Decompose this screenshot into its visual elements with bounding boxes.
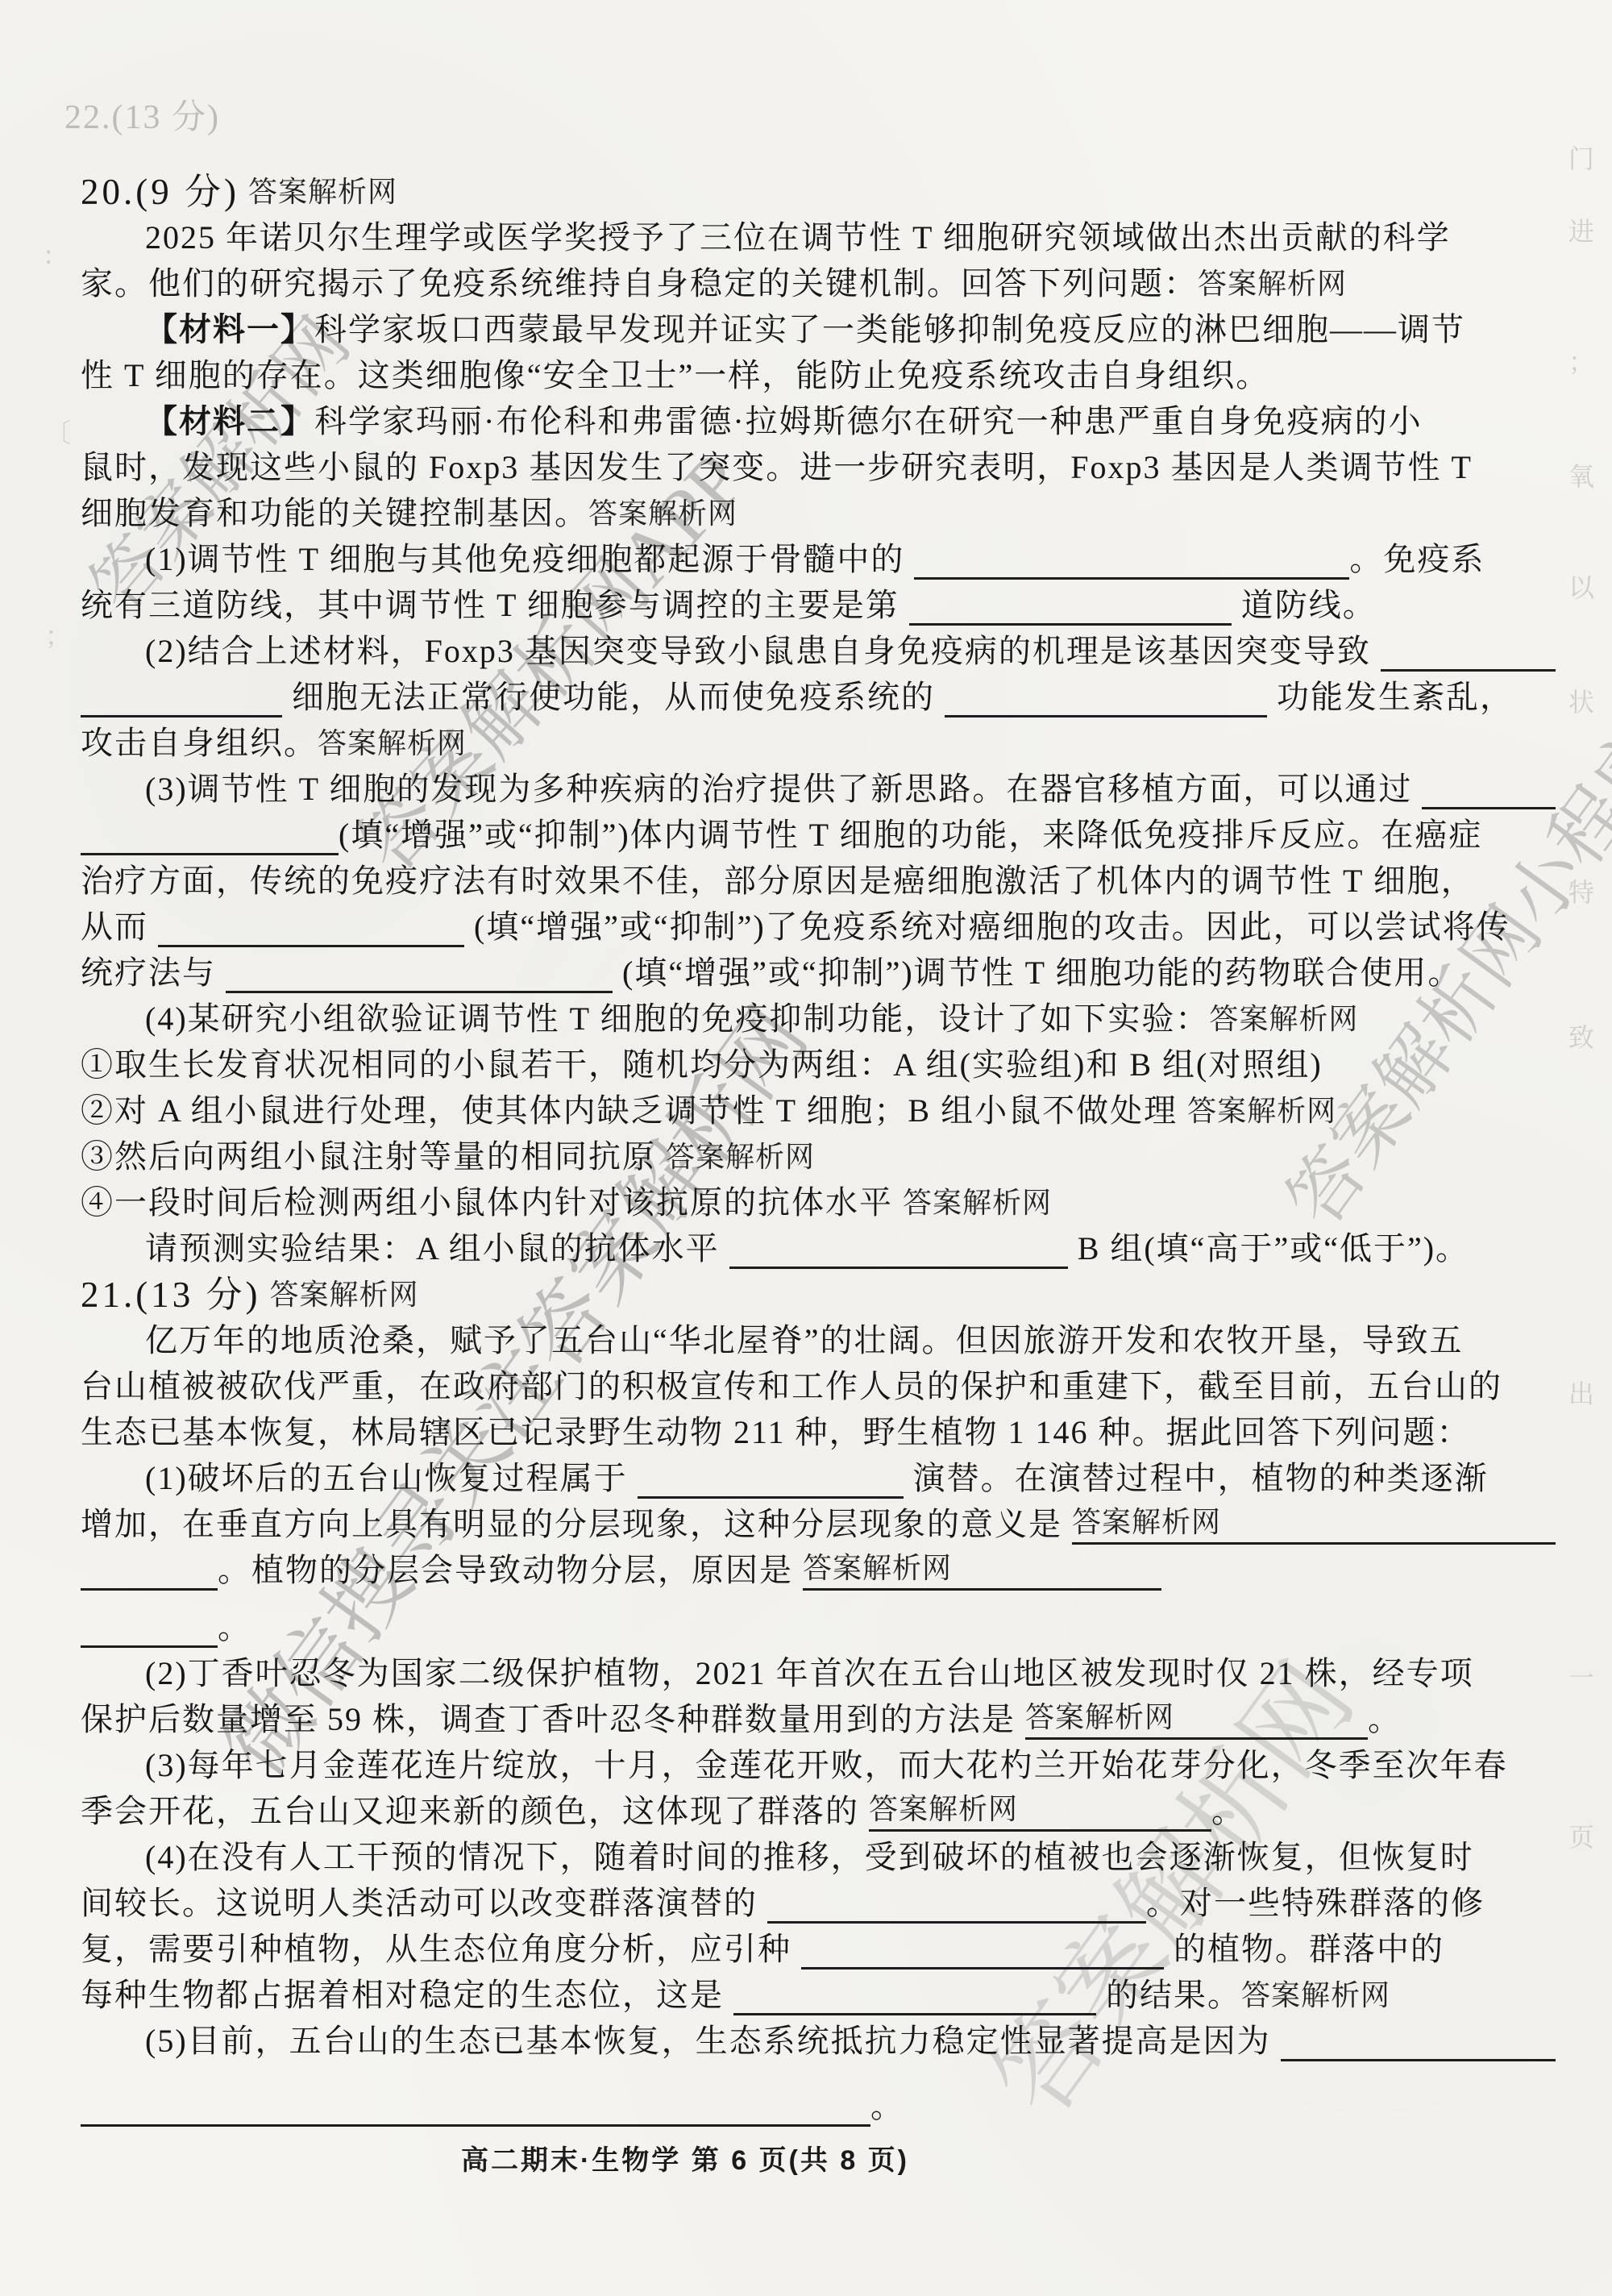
answer-site-watermark: 答案解析网 (1187, 1091, 1336, 1131)
text-run: (1)破坏后的五台山恢复过程属于 (145, 1458, 638, 1499)
text-line: 统疗法与 (填“增强”或“抑制”)调节性 T 细胞功能的药物联合使用。 (81, 947, 1556, 993)
text-run: 的结果。 (1096, 1975, 1241, 2015)
text-line: (2)结合上述材料，Foxp3 基因突变导致小鼠患自身免疫病的机理是该基因突变导… (81, 626, 1556, 672)
text-run: 。对一些特殊群落的修 (1146, 1883, 1485, 1924)
text-line: (填“增强”或“抑制”)体内调节性 T 细胞的功能，来降低免疫排斥反应。在癌症 (81, 809, 1556, 855)
text-line: ④一段时间后检测两组小鼠体内针对该抗原的抗体水平 答案解析网 (81, 1177, 1556, 1223)
text-run: (4)在没有人工干预的情况下，随着时间的推移，受到破坏的植被也会逐渐恢复，但恢复… (145, 1837, 1474, 1878)
text-run: 生态已基本恢复，林局辖区已记录野生动物 211 种，野生植物 1 146 种。据… (81, 1412, 1471, 1453)
text-line: 亿万年的地质沧桑，赋予了五台山“华北屋脊”的壮阔。但因旅游开发和农牧开垦，导致五 (81, 1315, 1556, 1361)
answer-blank: 答案解析网 (1072, 1505, 1556, 1545)
answer-blank (729, 1234, 1068, 1269)
answer-blank (81, 1613, 218, 1648)
answer-site-watermark: 答案解析网 (1241, 1975, 1390, 2015)
text-line: 鼠时，发现这些小鼠的 Foxp3 基因发生了突变。进一步研究表明，Foxp3 基… (81, 442, 1556, 488)
text-run: 家。他们的研究揭示了免疫系统维持自身稳定的关键机制。回答下列问题： (81, 264, 1198, 304)
answer-blank (638, 1464, 904, 1499)
text-run: 台山植被被砍伐严重，在政府部门的积极宣传和工作人员的保护和重建下，截至目前，五台… (81, 1366, 1502, 1407)
bleedthrough-glyph: ； (45, 616, 73, 653)
text-run: 【材料二】 (145, 401, 314, 442)
text-run: 增加，在垂直方向上具有明显的分层现象，这种分层现象的意义是 (81, 1504, 1072, 1545)
text-run: 的植物。群落中的 (1164, 1929, 1444, 1969)
bleedthrough-glyph: 出 (1568, 1374, 1596, 1411)
answer-blank (1381, 637, 1556, 672)
answer-site-watermark: 答案解析网 (1209, 999, 1358, 1039)
text-run: 鼠时，发现这些小鼠的 Foxp3 基因发生了突变。进一步研究表明，Foxp3 基… (81, 447, 1473, 488)
answer-blank (914, 545, 1349, 580)
answer-blank: 答案解析网 (869, 1792, 1211, 1832)
text-run: 科学家玛丽·布伦科和弗雷德·拉姆斯德尔在研究一种患严重自身免疫病的小 (314, 401, 1423, 442)
exam-body: 20.(9 分) 答案解析网2025 年诺贝尔生理学或医学奖授予了三位在调节性 … (81, 166, 1556, 2127)
text-run: (3)调节性 T 细胞的发现为多种疾病的治疗提供了新思路。在器官移植方面，可以通… (145, 769, 1422, 809)
text-line: 细胞无法正常行使功能，从而使免疫系统的 功能发生紊乱， (81, 672, 1556, 717)
text-line: 每种生物都占据着相对稳定的生态位，这是 的结果。答案解析网 (81, 1969, 1556, 2015)
bleedthrough-glyph: 〔 (45, 413, 73, 450)
text-line: 统有三道防线，其中调节性 T 细胞参与调控的主要是第 道防线。 (81, 580, 1556, 626)
text-line: (4)在没有人工干预的情况下，随着时间的推移，受到破坏的植被也会逐渐恢复，但恢复… (81, 1832, 1556, 1878)
text-run: 2025 年诺贝尔生理学或医学奖授予了三位在调节性 T 细胞研究领域做出杰出贡献… (145, 218, 1451, 258)
text-line: 复，需要引种植物，从生态位角度分析，应引种 的植物。群落中的 (81, 1924, 1556, 1969)
text-run: 科学家坂口西蒙最早发现并证实了一类能够抑制免疫反应的淋巴细胞——调节 (314, 310, 1465, 350)
text-run: (1)调节性 T 细胞与其他免疫细胞都起源于骨髓中的 (145, 539, 914, 580)
text-run: 复，需要引种植物，从生态位角度分析，应引种 (81, 1929, 801, 1969)
text-line: 20.(9 分) 答案解析网 (81, 166, 1556, 212)
text-run: 。 (870, 2086, 904, 2127)
answer-blank (801, 1935, 1164, 1969)
answer-site-watermark: 答案解析网 (1025, 1697, 1174, 1737)
text-run: ②对 A 组小鼠进行处理，使其体内缺乏调节性 T 细胞；B 组小鼠不做处理 (81, 1091, 1187, 1131)
text-line: 【材料一】科学家坂口西蒙最早发现并证实了一类能够抑制免疫反应的淋巴细胞——调节 (81, 304, 1556, 350)
text-run: 细胞发育和功能的关键控制基因。 (81, 493, 588, 534)
answer-blank (226, 959, 613, 993)
text-run: 间较长。这说明人类活动可以改变群落演替的 (81, 1883, 767, 1924)
answer-blank (81, 821, 339, 855)
page-footer: 高二期末·生物学 第 6 页(共 8 页) (0, 2138, 1491, 2177)
text-line: 请预测实验结果：A 组小鼠的抗体水平 B 组(填“高于”或“低于”)。 (81, 1223, 1556, 1269)
answer-blank (909, 591, 1232, 626)
answer-blank (158, 913, 464, 947)
answer-blank (1422, 775, 1556, 809)
bleedthrough-glyph: 特 (1568, 872, 1596, 909)
answer-site-watermark: 答案解析网 (239, 172, 397, 212)
text-line: ①取生长发育状况相同的小鼠若干，随机均分为两组：A 组(实验组)和 B 组(对照… (81, 1039, 1556, 1085)
bleedthrough-glyph: 致 (1568, 1017, 1596, 1054)
text-line: (1)破坏后的五台山恢复过程属于 演替。在演替过程中，植物的种类逐渐 (81, 1453, 1556, 1499)
answer-blank (767, 1889, 1146, 1924)
text-line: 攻击自身组织。答案解析网 (81, 717, 1556, 763)
text-line: 从而 (填“增强”或“抑制”)了免疫系统对癌细胞的攻击。因此，可以尝试将传 (81, 901, 1556, 947)
text-run: 21.(13 分) (81, 1275, 260, 1315)
answer-site-watermark: 答案解析网 (803, 1548, 952, 1588)
bleedthrough-glyph: ； (1568, 342, 1596, 379)
bleedthrough-glyph: ∶ (45, 242, 53, 272)
answer-site-watermark: 答案解析网 (588, 493, 737, 534)
bleedthrough-glyph: 氧 (1568, 456, 1596, 493)
bleedthrough-question-number: 22.(13 分) (64, 90, 220, 139)
text-run: ③然后向两组小鼠注射等量的相同抗原 (81, 1137, 666, 1177)
text-line: 台山植被被砍伐严重，在政府部门的积极宣传和工作人员的保护和重建下，截至目前，五台… (81, 1361, 1556, 1407)
text-run: 统疗法与 (81, 953, 226, 993)
text-run: 攻击自身组织。 (81, 723, 318, 763)
text-line: 21.(13 分) 答案解析网 (81, 1269, 1556, 1315)
answer-site-watermark: 答案解析网 (869, 1789, 1018, 1829)
text-line: ②对 A 组小鼠进行处理，使其体内缺乏调节性 T 细胞；B 组小鼠不做处理 答案… (81, 1085, 1556, 1131)
answer-blank (81, 2092, 870, 2127)
answer-site-watermark: 答案解析网 (260, 1275, 418, 1315)
text-line: 性 T 细胞的存在。这类细胞像“安全卫士”一样，能防止免疫系统攻击自身组织。 (81, 350, 1556, 396)
text-line: 2025 年诺贝尔生理学或医学奖授予了三位在调节性 T 细胞研究领域做出杰出贡献… (81, 212, 1556, 258)
text-run: B 组(填“高于”或“低于”)。 (1068, 1229, 1469, 1269)
text-run: (4)某研究小组欲验证调节性 T 细胞的免疫抑制功能，设计了如下实验： (145, 999, 1209, 1039)
text-run: 性 T 细胞的存在。这类细胞像“安全卫士”一样，能防止免疫系统攻击自身组织。 (81, 356, 1269, 396)
answer-blank (1281, 2027, 1556, 2061)
answer-blank (733, 1981, 1096, 2015)
text-line: 。 (81, 1602, 1556, 1648)
text-run: 保护后数量增至 59 株，调查丁香叶忍冬种群数量用到的方法是 (81, 1699, 1025, 1740)
text-run: 道防线。 (1232, 585, 1377, 626)
text-run: 亿万年的地质沧桑，赋予了五台山“华北屋脊”的壮阔。但因旅游开发和农牧开垦，导致五 (145, 1321, 1464, 1361)
answer-blank (81, 1556, 218, 1591)
text-run: 细胞无法正常行使功能，从而使免疫系统的 (282, 677, 945, 717)
text-run: (2)结合上述材料，Foxp3 基因突变导致小鼠患自身免疫病的机理是该基因突变导… (145, 631, 1381, 672)
answer-blank: 答案解析网 (1025, 1700, 1368, 1740)
text-run: 【材料一】 (145, 310, 314, 350)
text-run: (填“增强”或“抑制”)调节性 T 细胞功能的药物联合使用。 (613, 953, 1461, 993)
bleedthrough-glyph: 状 (1568, 682, 1596, 719)
answer-blank (945, 683, 1267, 717)
text-run: 功能发生紊乱， (1267, 677, 1514, 717)
answer-site-watermark: 答案解析网 (666, 1137, 815, 1177)
text-run: (5)目前，五台山的生态已基本恢复，生态系统抵抗力稳定性显著提高是因为 (145, 2021, 1281, 2061)
text-run: (3)每年七月金莲花连片绽放，十月，金莲花开败，而大花杓兰开始花芽分化，冬季至次… (145, 1745, 1508, 1786)
text-line: 细胞发育和功能的关键控制基因。答案解析网 (81, 488, 1556, 534)
text-run: (填“增强”或“抑制”)了免疫系统对癌细胞的攻击。因此，可以尝试将传 (464, 907, 1510, 947)
text-run: ④一段时间后检测两组小鼠体内针对该抗原的抗体水平 (81, 1183, 903, 1223)
text-line: 家。他们的研究揭示了免疫系统维持自身稳定的关键机制。回答下列问题：答案解析网 (81, 258, 1556, 304)
text-run: 治疗方面，传统的免疫疗法有时效果不佳，部分原因是癌细胞激活了机体内的调节性 T … (81, 861, 1475, 901)
text-line: 保护后数量增至 59 株，调查丁香叶忍冬种群数量用到的方法是 答案解析网。 (81, 1694, 1556, 1740)
answer-site-watermark: 答案解析网 (903, 1183, 1052, 1223)
text-run: 。 (218, 1608, 251, 1648)
text-run: 季会开花，五台山又迎来新的颜色，这体现了群落的 (81, 1791, 869, 1832)
text-run: 20.(9 分) (81, 172, 239, 212)
text-run: 。免疫系 (1349, 539, 1485, 580)
text-line: 。 (81, 2081, 1556, 2127)
text-run: ①取生长发育状况相同的小鼠若干，随机均分为两组：A 组(实验组)和 B 组(对照… (81, 1045, 1323, 1085)
text-line: 生态已基本恢复，林局辖区已记录野生动物 211 种，野生植物 1 146 种。据… (81, 1407, 1556, 1453)
text-line: (3)每年七月金莲花连片绽放，十月，金莲花开败，而大花杓兰开始花芽分化，冬季至次… (81, 1740, 1556, 1786)
bleedthrough-glyph: 一 (1568, 1658, 1596, 1695)
text-line: 【材料二】科学家玛丽·布伦科和弗雷德·拉姆斯德尔在研究一种患严重自身免疫病的小 (81, 396, 1556, 442)
text-run: (填“增强”或“抑制”)体内调节性 T 细胞的功能，来降低免疫排斥反应。在癌症 (339, 815, 1482, 855)
bleedthrough-glyph: 进 (1568, 211, 1596, 248)
text-line: 增加，在垂直方向上具有明显的分层现象，这种分层现象的意义是 答案解析网 (81, 1499, 1556, 1545)
text-line: 季会开花，五台山又迎来新的颜色，这体现了群落的 答案解析网。 (81, 1786, 1556, 1832)
text-line: 治疗方面，传统的免疫疗法有时效果不佳，部分原因是癌细胞激活了机体内的调节性 T … (81, 855, 1556, 901)
text-line: 。植物的分层会导致动物分层，原因是 答案解析网 (81, 1545, 1556, 1591)
text-run: (2)丁香叶忍冬为国家二级保护植物，2021 年首次在五台山地区被发现时仅 21… (145, 1653, 1474, 1694)
text-line: ③然后向两组小鼠注射等量的相同抗原 答案解析网 (81, 1131, 1556, 1177)
bleedthrough-glyph: 以 (1568, 568, 1596, 605)
text-line: (3)调节性 T 细胞的发现为多种疾病的治疗提供了新思路。在器官移植方面，可以通… (81, 763, 1556, 809)
answer-blank: 答案解析网 (803, 1551, 1161, 1591)
text-line: (1)调节性 T 细胞与其他免疫细胞都起源于骨髓中的 。免疫系 (81, 534, 1556, 580)
answer-site-watermark: 答案解析网 (1198, 264, 1347, 304)
text-line: 间较长。这说明人类活动可以改变群落演替的 。对一些特殊群落的修 (81, 1878, 1556, 1924)
text-line: (5)目前，五台山的生态已基本恢复，生态系统抵抗力稳定性显著提高是因为 (81, 2015, 1556, 2061)
answer-site-watermark: 答案解析网 (1072, 1502, 1221, 1542)
text-run: 。 (1368, 1699, 1402, 1740)
text-run: 从而 (81, 907, 158, 947)
answer-blank (81, 683, 282, 717)
text-run: 每种生物都占据着相对稳定的生态位，这是 (81, 1975, 733, 2015)
text-line: (2)丁香叶忍冬为国家二级保护植物，2021 年首次在五台山地区被发现时仅 21… (81, 1648, 1556, 1694)
text-run: 演替。在演替过程中，植物的种类逐渐 (904, 1458, 1489, 1499)
answer-site-watermark: 答案解析网 (318, 723, 467, 763)
text-run: 。 (1211, 1791, 1245, 1832)
text-run: 。植物的分层会导致动物分层，原因是 (218, 1550, 803, 1591)
bleedthrough-glyph: 页 (1568, 1817, 1596, 1854)
bleedthrough-glyph: 门 (1568, 139, 1596, 176)
text-run: 请预测实验结果：A 组小鼠的抗体水平 (145, 1229, 729, 1269)
scanned-exam-page: 答案解析网 答案解析网APP 微信搜寻关注答案解析网 答案解析网小程序 答案解析… (0, 0, 1612, 2296)
text-line: (4)某研究小组欲验证调节性 T 细胞的免疫抑制功能，设计了如下实验：答案解析网 (81, 993, 1556, 1039)
text-run: 统有三道防线，其中调节性 T 细胞参与调控的主要是第 (81, 585, 909, 626)
